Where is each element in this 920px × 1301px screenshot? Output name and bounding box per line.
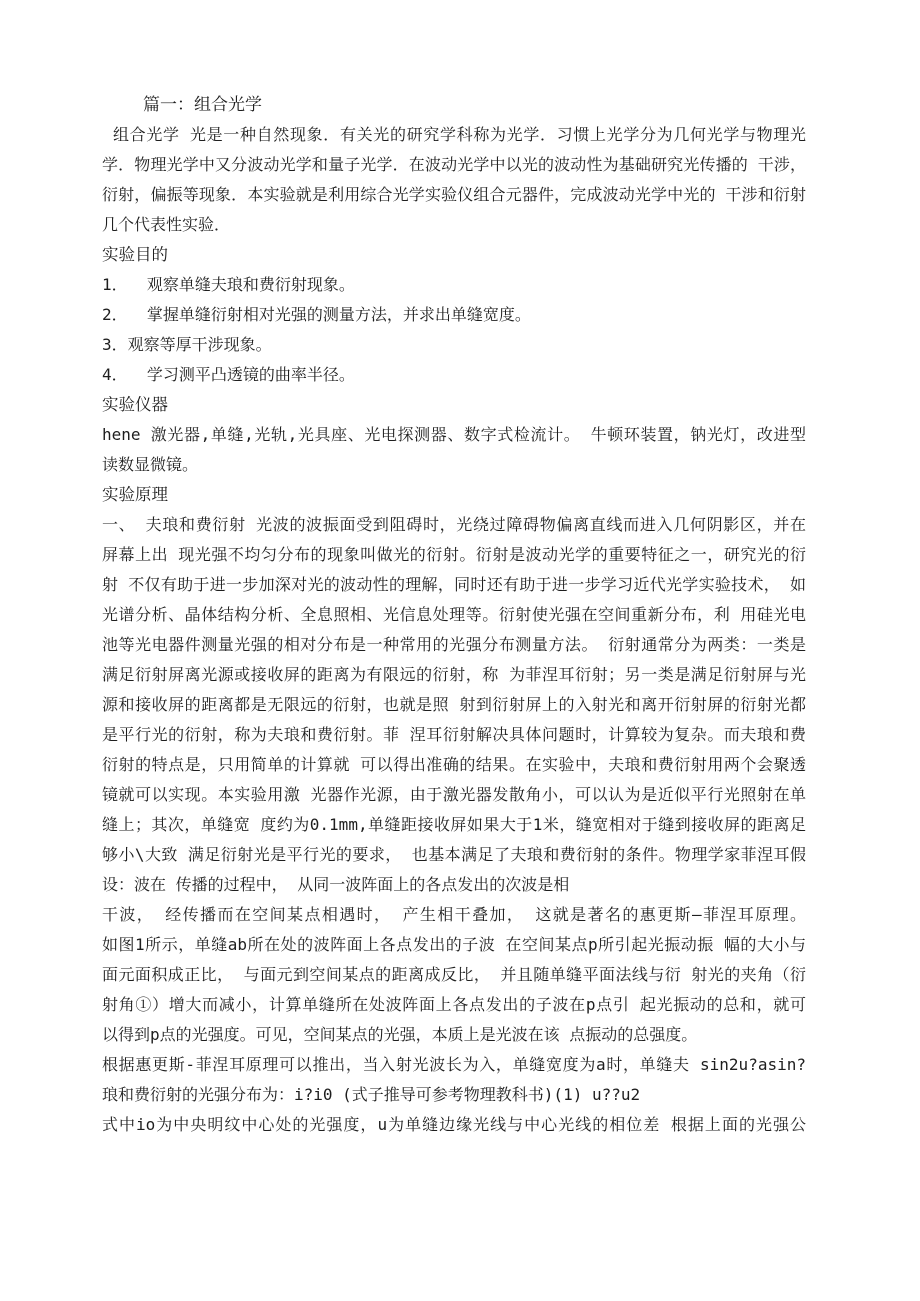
text-line: 以得到p点的光强度。可见，空间某点的光强，本质上是光波在该 点振动的总强度。 [102,1020,806,1050]
text-line: 缝上；其次，单缝宽 度约为0.1mm,单缝距接收屏如果大于1米，缝宽相对于缝到接… [102,810,806,840]
text-line: 光谱分析、晶体结构分析、全息照相、光信息处理等。衍射使光强在空间重新分布，利 用… [102,600,806,630]
text-line: 几个代表性实验． [102,210,806,240]
text-line: 干波， 经传播而在空间某点相遇时， 产生相干叠加， 这就是著名的惠更斯—菲涅耳原… [102,900,806,930]
text-line: 够小\大致 满足衍射光是平行光的要求， 也基本满足了夫琅和费衍射的条件。物理学家… [102,840,806,870]
text-line: 是平行光的衍射，称为夫琅和费衍射。菲 涅耳衍射解决具体问题时，计算较为复杂。而夫… [102,720,806,750]
text-line: 射角①）增大而减小，计算单缝所在处波阵面上各点发出的子波在p点引 起光振动的总和… [102,990,806,1020]
text-line: 设：波在 传播的过程中， 从同一波阵面上的各点发出的次波是相 [102,870,806,900]
document-page: 篇一：组合光学组合光学 光是一种自然现象．有关光的研究学科称为光学．习惯上光学分… [102,90,806,1140]
text-line: 衍射，偏振等现象．本实验就是利用综合光学实验仪组合元器件，完成波动光学中光的 干… [102,180,806,210]
section-heading: 实验目的 [102,240,806,270]
text-line: 面元面积成正比， 与面元到空间某点的距离成反比， 并且随单缝平面法线与衍 射光的… [102,960,806,990]
text-line: 学．物理光学中又分波动光学和量子光学．在波动光学中以光的波动性为基础研究光传播的… [102,150,806,180]
text-line: 源和接收屏的距离都是无限远的衍射，也就是照 射到衍射屏上的入射光和离开衍射屏的衍… [102,690,806,720]
text-line: 如图1所示，单缝ab所在处的波阵面上各点发出的子波 在空间某点p所引起光振动振 … [102,930,806,960]
list-item: 3．观察等厚干涉现象。 [102,330,806,360]
text-line: 组合光学 光是一种自然现象．有关光的研究学科称为光学．习惯上光学分为几何光学与物… [102,120,806,150]
section-heading: 实验仪器 [102,390,806,420]
list-item: 4． 学习测平凸透镜的曲率半径。 [102,360,806,390]
list-item: 1． 观察单缝夫琅和费衍射现象。 [102,270,806,300]
text-line: 屏幕上出 现光强不均匀分布的现象叫做光的衍射。衍射是波动光学的重要特征之一，研究… [102,540,806,570]
text-line: 池等光电器件测量光强的相对分布是一种常用的光强分布测量方法。 衍射通常分为两类：… [102,630,806,660]
list-item: 2． 掌握单缝衍射相对光强的测量方法，并求出单缝宽度。 [102,300,806,330]
text-line: 满足衍射屏离光源或接收屏的距离为有限远的衍射，称 为菲涅耳衍射；另一类是满足衍射… [102,660,806,690]
text-line: 式中io为中央明纹中心处的光强度，u为单缝边缘光线与中心光线的相位差 根据上面的… [102,1110,806,1140]
text-line: 一、 夫琅和费衍射 光波的波振面受到阻碍时，光绕过障碍物偏离直线而进入几何阴影区… [102,510,806,540]
doc-title: 篇一：组合光学 [102,90,806,120]
text-line: hene 激光器,单缝,光轨,光具座、光电探测器、数字式检流计。 牛顿环装置，钠… [102,420,806,450]
text-line: 射 不仅有助于进一步加深对光的波动性的理解，同时还有助于进一步学习近代光学实验技… [102,570,806,600]
section-heading: 实验原理 [102,480,806,510]
text-line: 衍射的特点是，只用简单的计算就 可以得出准确的结果。在实验中，夫琅和费衍射用两个… [102,750,806,780]
text-line: 读数显微镜。 [102,450,806,480]
text-line: 镜就可以实现。本实验用激 光器作光源，由于激光器发散角小，可以认为是近似平行光照… [102,780,806,810]
text-line: 根据惠更斯-菲涅耳原理可以推出，当入射光波长为入，单缝宽度为a时，单缝夫 sin… [102,1050,806,1080]
text-line: 琅和费衍射的光强分布为：i?i0 (式子推导可参考物理教科书)(1) u??u2 [102,1080,806,1110]
